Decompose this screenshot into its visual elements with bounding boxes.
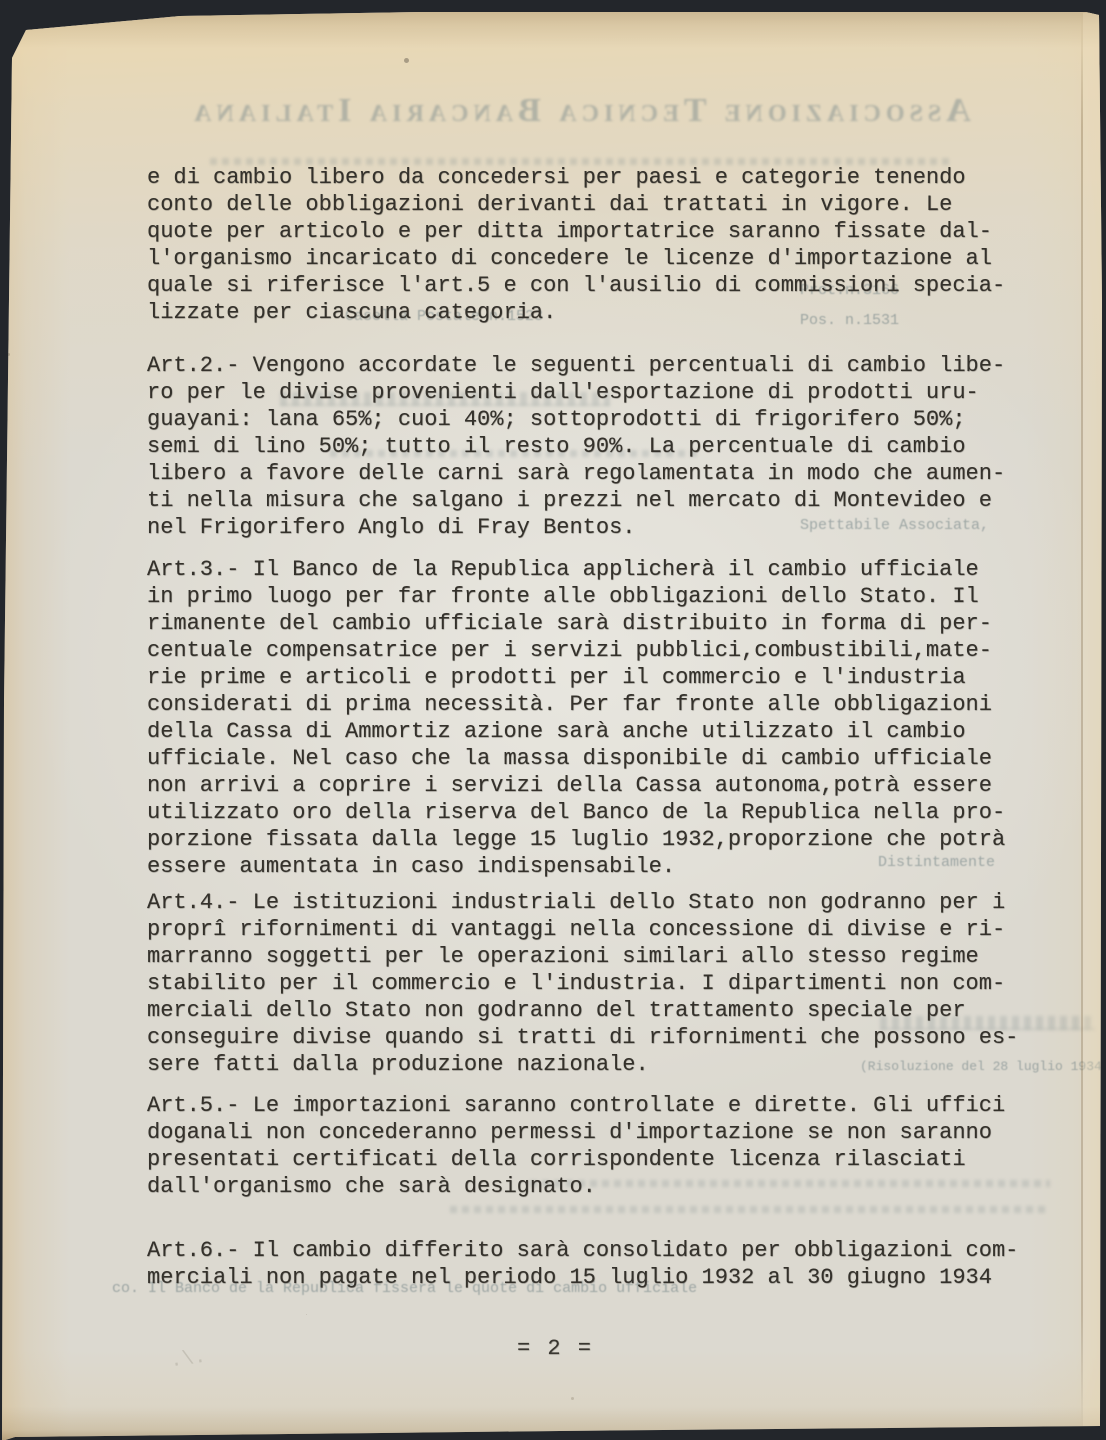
paragraph-art-6: Art.6.- Il cambio differito sarà consoli… [147,1237,1047,1291]
footer-continuation-mark: ./. [169,1346,208,1374]
paragraph-art-2: Art.2.- Vengono accordate le seguenti pe… [147,352,1047,541]
paper-speck [404,58,409,63]
paragraph-continuation: e di cambio libero da concedersi per pae… [147,164,1047,326]
underlying-page-edge [1083,13,1102,1426]
page-frame: Associazione Tecnica Bancaria Italiana C… [0,0,1106,1440]
bleedthrough-header-title: Associazione Tecnica Bancaria Italiana [140,92,1020,130]
paragraph-art-5: Art.5.- Le importazioni saranno controll… [147,1092,1047,1200]
scanned-page: Associazione Tecnica Bancaria Italiana C… [0,0,1106,1440]
page-number: = 2 = [110,1336,1000,1361]
paragraph-art-3: Art.3.- Il Banco de la Republica applich… [147,556,1047,880]
paragraph-art-4: Art.4.- Le istituzioni industriali dello… [147,889,1047,1078]
bleedthrough-stripe [450,1206,1050,1213]
